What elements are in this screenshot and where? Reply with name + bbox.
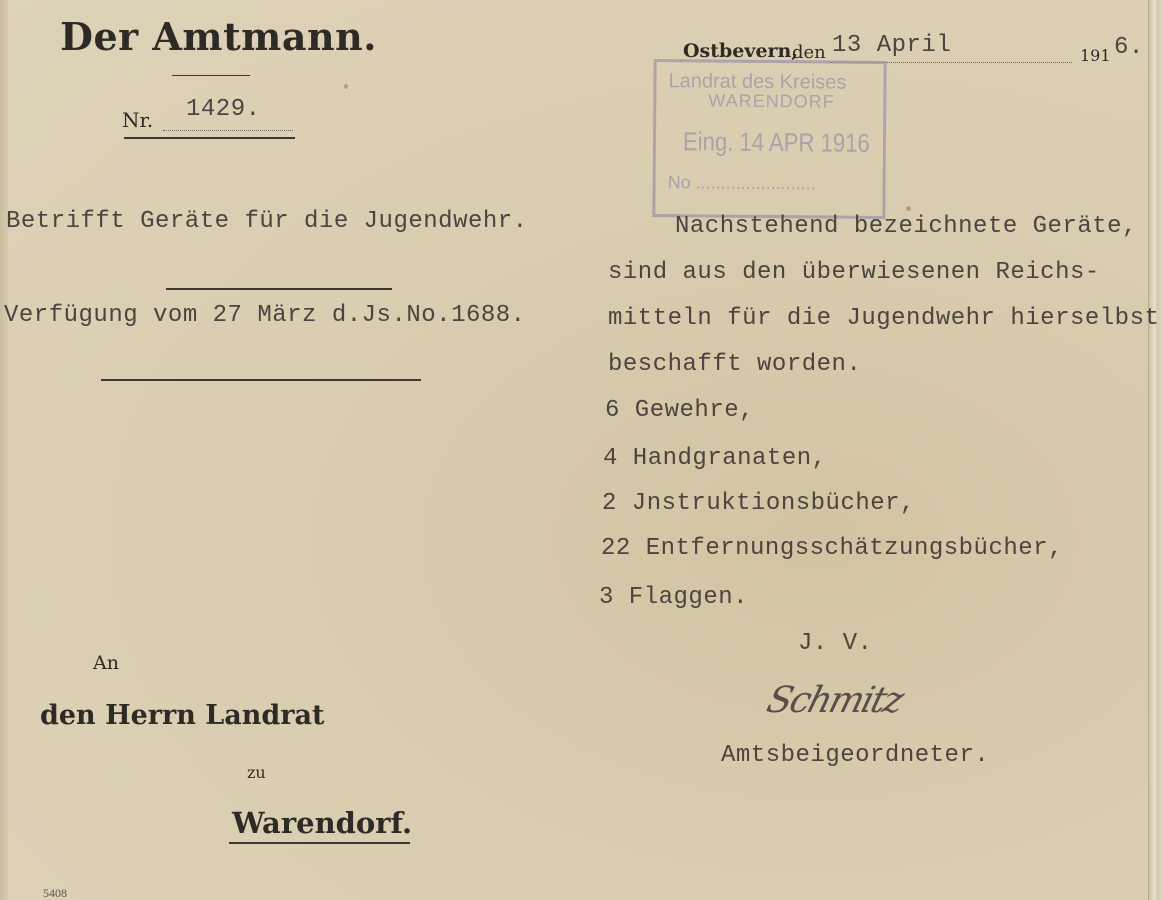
body-line: Nachstehend bezeichnete Geräte,	[675, 213, 1137, 240]
reference-line: Verfügung vom 27 März d.Js.No.1688.	[4, 302, 526, 329]
stamp-district: WARENDORF	[708, 90, 835, 112]
address-city: Warendorf.	[232, 806, 412, 840]
stamp-number-field: No ........................	[668, 172, 816, 194]
number-label: Nr.	[122, 108, 153, 132]
paper-spot	[906, 206, 911, 211]
document-page: Der Amtmann. Nr. 1429. Ostbevern, den 13…	[0, 0, 1163, 900]
address-recipient: den Herrn Landrat	[40, 700, 324, 731]
paper-spot	[344, 84, 348, 89]
item-line: 4 Handgranaten,	[603, 445, 827, 472]
signature-iv: J. V.	[798, 630, 873, 657]
number-underline	[124, 137, 295, 139]
item-line: 6 Gewehre,	[605, 397, 754, 424]
signature-title: Amtsbeigeordneter.	[721, 742, 989, 769]
item-line: 3 Flaggen.	[599, 584, 748, 611]
body-line: sind aus den überwiesenen Reichs-	[608, 259, 1100, 286]
reference-rule	[101, 379, 421, 381]
received-stamp: Landrat des Kreises WARENDORF Eing. 14 A…	[652, 59, 886, 219]
subject-rule	[166, 288, 392, 290]
subject-line: Betrifft Geräte für die Jugendwehr.	[6, 208, 528, 235]
year-suffix: 6.	[1114, 34, 1144, 61]
item-line: 22 Entfernungsschätzungsbücher,	[601, 535, 1063, 562]
address-zu: zu	[247, 763, 266, 782]
date-value: 13 April	[832, 32, 951, 59]
city-underline	[229, 842, 410, 844]
year-prefix: 191	[1080, 46, 1111, 65]
number-dotted-line	[163, 130, 293, 131]
page-right-edge	[1148, 0, 1163, 900]
number-value: 1429.	[186, 96, 261, 123]
stamp-received-date: Eing. 14 APR 1916	[683, 126, 870, 159]
form-number: 5408	[43, 886, 67, 900]
body-line: beschafft worden.	[608, 351, 861, 378]
title-rule	[172, 75, 250, 76]
handwritten-signature: Schmitz	[763, 680, 907, 721]
address-an: An	[93, 652, 119, 674]
item-line: 2 Jnstruktionsbücher,	[602, 490, 915, 517]
letterhead-title: Der Amtmann.	[60, 14, 377, 59]
page-left-edge	[0, 0, 8, 900]
body-line: mitteln für die Jugendwehr hierselbst	[608, 305, 1159, 332]
